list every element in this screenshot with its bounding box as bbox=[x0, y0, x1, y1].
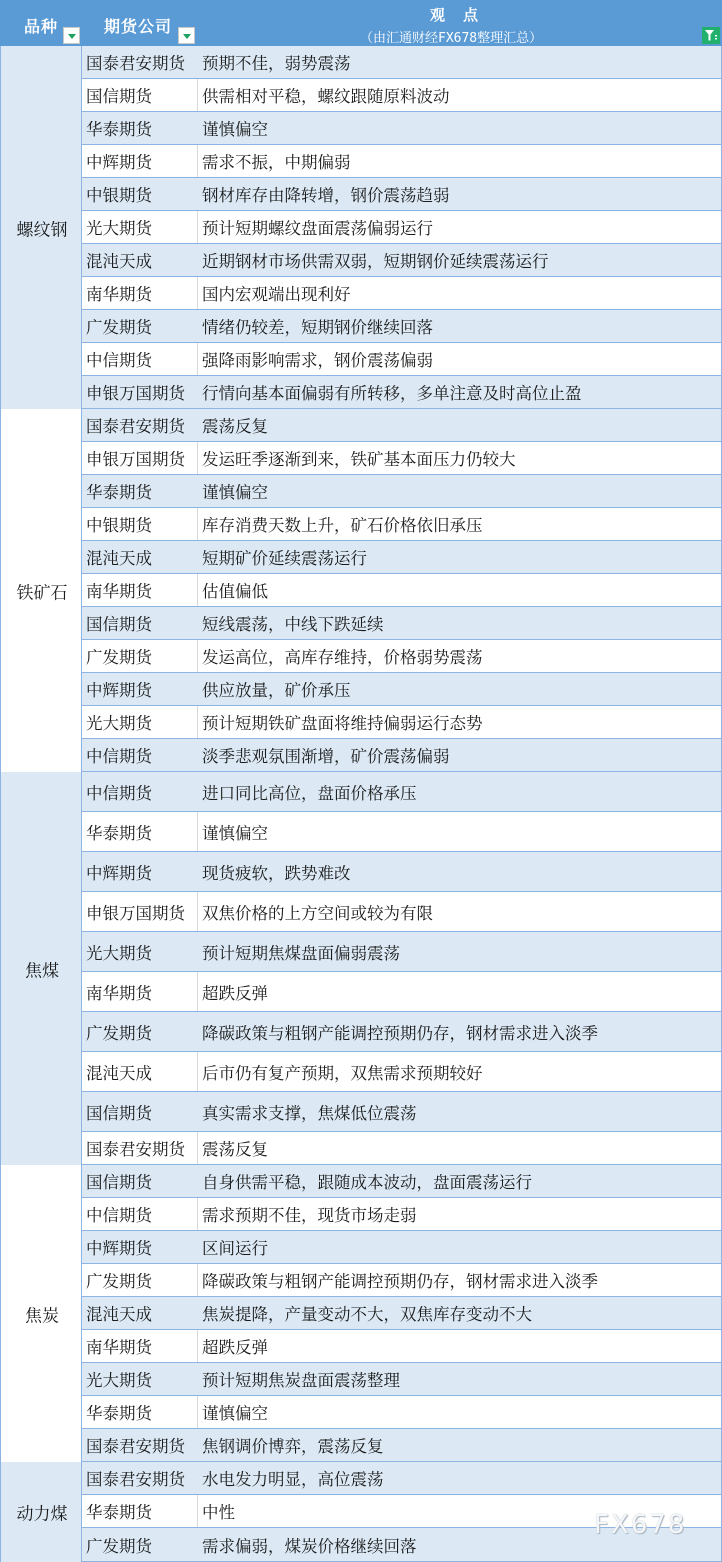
table-row[interactable]: 混沌天成焦炭提降，产量变动不大，双焦库存变动不大 bbox=[82, 1297, 722, 1330]
company-cell: 国泰君安期货 bbox=[82, 46, 198, 78]
table-row[interactable]: 广发期货降碳政策与粗钢产能调控预期仍存，钢材需求进入淡季 bbox=[82, 1012, 722, 1052]
view-cell: 强降雨影响需求，钢价震荡偏弱 bbox=[198, 343, 721, 375]
company-cell: 中银期货 bbox=[82, 508, 198, 540]
company-cell: 华泰期货 bbox=[82, 112, 198, 144]
filter-icon bbox=[704, 29, 718, 42]
view-cell: 超跌反弹 bbox=[198, 972, 721, 1011]
table-row[interactable]: 混沌天成短期矿价延续震荡运行 bbox=[82, 541, 722, 574]
company-cell: 国泰君安期货 bbox=[82, 1132, 198, 1164]
variety-cell[interactable]: 焦炭 bbox=[0, 1165, 82, 1462]
variety-label: 铁矿石 bbox=[1, 578, 83, 603]
table-row[interactable]: 中辉期货区间运行 bbox=[82, 1231, 722, 1264]
table-row[interactable]: 广发期货降碳政策与粗钢产能调控预期仍存，钢材需求进入淡季 bbox=[82, 1264, 722, 1297]
view-cell: 短线震荡，中线下跌延续 bbox=[198, 607, 721, 639]
table-row[interactable]: 光大期货预计短期螺纹盘面震荡偏弱运行 bbox=[82, 211, 722, 244]
view-cell: 估值偏低 bbox=[198, 574, 721, 606]
company-cell: 国泰君安期货 bbox=[82, 409, 198, 441]
variety-group: 焦煤中信期货进口同比高位，盘面价格承压华泰期货谨慎偏空中辉期货现货疲软，跌势难改… bbox=[0, 772, 722, 1165]
table-row[interactable]: 中辉期货现货疲软，跌势难改 bbox=[82, 852, 722, 892]
table-row[interactable]: 广发期货发运高位，高库存维持，价格弱势震荡 bbox=[82, 640, 722, 673]
view-cell: 发运高位，高库存维持，价格弱势震荡 bbox=[198, 640, 721, 672]
company-cell: 国信期货 bbox=[82, 1092, 198, 1131]
variety-cell[interactable]: 动力煤 bbox=[0, 1462, 82, 1562]
company-cell: 中辉期货 bbox=[82, 673, 198, 705]
view-cell: 近期钢材市场供需双弱，短期钢价延续震荡运行 bbox=[198, 244, 721, 276]
table-row[interactable]: 中信期货淡季悲观氛围渐增，矿价震荡偏弱 bbox=[82, 739, 722, 772]
header-view-label: 观点 bbox=[430, 4, 496, 25]
view-cell: 水电发力明显，高位震荡 bbox=[198, 1462, 721, 1494]
chevron-down-icon bbox=[183, 34, 191, 39]
table-row[interactable]: 中信期货强降雨影响需求，钢价震荡偏弱 bbox=[82, 343, 722, 376]
company-cell: 南华期货 bbox=[82, 972, 198, 1011]
company-cell: 国信期货 bbox=[82, 1165, 198, 1197]
table-row[interactable]: 国信期货供需相对平稳，螺纹跟随原料波动 bbox=[82, 79, 722, 112]
table-row[interactable]: 华泰期货谨慎偏空 bbox=[82, 112, 722, 145]
company-cell: 中辉期货 bbox=[82, 1231, 198, 1263]
company-cell: 中辉期货 bbox=[82, 852, 198, 891]
table-row[interactable]: 中辉期货需求不振，中期偏弱 bbox=[82, 145, 722, 178]
view-cell: 预期不佳，弱势震荡 bbox=[198, 46, 721, 78]
table-row[interactable]: 光大期货预计短期焦炭盘面震荡整理 bbox=[82, 1363, 722, 1396]
table-row[interactable]: 混沌天成近期钢材市场供需双弱，短期钢价延续震荡运行 bbox=[82, 244, 722, 277]
view-cell: 进口同比高位，盘面价格承压 bbox=[198, 772, 721, 811]
header-company: 期货公司 bbox=[82, 0, 198, 46]
view-cell: 谨慎偏空 bbox=[198, 112, 721, 144]
company-cell: 广发期货 bbox=[82, 1012, 198, 1051]
view-cell: 真实需求支撑，焦煤低位震荡 bbox=[198, 1092, 721, 1131]
variety-filter-dropdown-button[interactable] bbox=[63, 27, 80, 44]
company-cell: 华泰期货 bbox=[82, 1396, 198, 1428]
company-cell: 光大期货 bbox=[82, 932, 198, 971]
table-row[interactable]: 南华期货国内宏观端出现利好 bbox=[82, 277, 722, 310]
view-cell: 超跌反弹 bbox=[198, 1330, 721, 1362]
variety-group: 铁矿石国泰君安期货震荡反复申银万国期货发运旺季逐渐到来，铁矿基本面压力仍较大华泰… bbox=[0, 409, 722, 772]
header-variety: 品种 bbox=[0, 0, 82, 46]
table-row[interactable]: 国泰君安期货预期不佳，弱势震荡 bbox=[82, 46, 722, 79]
table-row[interactable]: 申银万国期货双焦价格的上方空间或较为有限 bbox=[82, 892, 722, 932]
company-cell: 广发期货 bbox=[82, 640, 198, 672]
variety-cell[interactable]: 螺纹钢 bbox=[0, 46, 82, 409]
company-cell: 南华期货 bbox=[82, 574, 198, 606]
variety-cell[interactable]: 焦煤 bbox=[0, 772, 82, 1165]
company-cell: 广发期货 bbox=[82, 310, 198, 342]
company-cell: 混沌天成 bbox=[82, 244, 198, 276]
table-row[interactable]: 国泰君安期货焦钢调价博弈，震荡反复 bbox=[82, 1429, 722, 1462]
view-cell: 焦炭提降，产量变动不大，双焦库存变动不大 bbox=[198, 1297, 721, 1329]
table-header: 品种 期货公司 观点 （由汇通财经FX678整理汇总） bbox=[0, 0, 722, 46]
view-cell: 现货疲软，跌势难改 bbox=[198, 852, 721, 891]
variety-label: 螺纹钢 bbox=[1, 215, 83, 240]
variety-label: 动力煤 bbox=[1, 1500, 83, 1525]
company-cell: 中信期货 bbox=[82, 739, 198, 771]
view-cell: 预计短期螺纹盘面震荡偏弱运行 bbox=[198, 211, 721, 243]
table-row[interactable]: 华泰期货谨慎偏空 bbox=[82, 812, 722, 852]
view-cell: 谨慎偏空 bbox=[198, 1396, 721, 1428]
table-row[interactable]: 申银万国期货行情向基本面偏弱有所转移，多单注意及时高位止盈 bbox=[82, 376, 722, 409]
company-cell: 华泰期货 bbox=[82, 475, 198, 507]
table-row[interactable]: 国泰君安期货震荡反复 bbox=[82, 1132, 722, 1165]
company-cell: 混沌天成 bbox=[82, 1052, 198, 1091]
header-view-subtitle: （由汇通财经FX678整理汇总） bbox=[360, 27, 542, 46]
company-filter-dropdown-button[interactable] bbox=[178, 27, 195, 44]
company-cell: 国信期货 bbox=[82, 79, 198, 111]
view-cell: 焦钢调价博弈，震荡反复 bbox=[198, 1429, 721, 1461]
variety-label: 焦煤 bbox=[1, 956, 83, 981]
table-row[interactable]: 广发期货情绪仍较差，短期钢价继续回落 bbox=[82, 310, 722, 343]
view-cell: 需求不振，中期偏弱 bbox=[198, 145, 721, 177]
company-cell: 中信期货 bbox=[82, 1198, 198, 1230]
view-cell: 震荡反复 bbox=[198, 1132, 721, 1164]
table-row[interactable]: 国信期货自身供需平稳，跟随成本波动，盘面震荡运行 bbox=[82, 1165, 722, 1198]
table-row[interactable]: 申银万国期货发运旺季逐渐到来，铁矿基本面压力仍较大 bbox=[82, 442, 722, 475]
company-cell: 光大期货 bbox=[82, 211, 198, 243]
view-cell: 发运旺季逐渐到来，铁矿基本面压力仍较大 bbox=[198, 442, 721, 474]
company-cell: 混沌天成 bbox=[82, 1297, 198, 1329]
view-cell: 库存消费天数上升，矿石价格依旧承压 bbox=[198, 508, 721, 540]
table-row[interactable]: 中银期货库存消费天数上升，矿石价格依旧承压 bbox=[82, 508, 722, 541]
company-cell: 中信期货 bbox=[82, 343, 198, 375]
table-row[interactable]: 南华期货超跌反弹 bbox=[82, 972, 722, 1012]
view-cell: 双焦价格的上方空间或较为有限 bbox=[198, 892, 721, 931]
view-cell: 震荡反复 bbox=[198, 409, 721, 441]
company-cell: 国信期货 bbox=[82, 607, 198, 639]
variety-label: 焦炭 bbox=[1, 1301, 83, 1326]
company-cell: 光大期货 bbox=[82, 1363, 198, 1395]
company-cell: 申银万国期货 bbox=[82, 376, 198, 408]
company-cell: 中辉期货 bbox=[82, 145, 198, 177]
company-cell: 国泰君安期货 bbox=[82, 1429, 198, 1461]
table-row[interactable]: 国信期货短线震荡，中线下跌延续 bbox=[82, 607, 722, 640]
table-row[interactable]: 国信期货真实需求支撑，焦煤低位震荡 bbox=[82, 1092, 722, 1132]
view-cell: 降碳政策与粗钢产能调控预期仍存，钢材需求进入淡季 bbox=[198, 1012, 721, 1051]
view-cell: 后市仍有复产预期，双焦需求预期较好 bbox=[198, 1052, 721, 1091]
view-cell: 需求预期不佳，现货市场走弱 bbox=[198, 1198, 721, 1230]
view-cell: 降碳政策与粗钢产能调控预期仍存，钢材需求进入淡季 bbox=[198, 1264, 721, 1296]
view-cell: 预计短期铁矿盘面将维持偏弱运行态势 bbox=[198, 706, 721, 738]
header-variety-label: 品种 bbox=[24, 14, 58, 37]
chevron-down-icon bbox=[68, 34, 76, 39]
view-cell: 国内宏观端出现利好 bbox=[198, 277, 721, 309]
company-cell: 华泰期货 bbox=[82, 812, 198, 851]
company-cell: 中信期货 bbox=[82, 772, 198, 811]
company-cell: 广发期货 bbox=[82, 1264, 198, 1296]
company-cell: 华泰期货 bbox=[82, 1495, 198, 1527]
table-row[interactable]: 中信期货进口同比高位，盘面价格承压 bbox=[82, 772, 722, 812]
view-cell: 供应放量，矿价承压 bbox=[198, 673, 721, 705]
table-row[interactable]: 光大期货预计短期铁矿盘面将维持偏弱运行态势 bbox=[82, 706, 722, 739]
company-cell: 光大期货 bbox=[82, 706, 198, 738]
view-cell: 谨慎偏空 bbox=[198, 812, 721, 851]
company-cell: 申银万国期货 bbox=[82, 442, 198, 474]
view-cell: 自身供需平稳，跟随成本波动，盘面震荡运行 bbox=[198, 1165, 721, 1197]
table-row[interactable]: 中信期货需求预期不佳，现货市场走弱 bbox=[82, 1198, 722, 1231]
table-row[interactable]: 国泰君安期货震荡反复 bbox=[82, 409, 722, 442]
company-cell: 混沌天成 bbox=[82, 541, 198, 573]
table-row[interactable]: 华泰期货谨慎偏空 bbox=[82, 1396, 722, 1429]
company-cell: 南华期货 bbox=[82, 277, 198, 309]
view-cell: 预计短期焦煤盘面偏弱震荡 bbox=[198, 932, 721, 971]
view-cell: 谨慎偏空 bbox=[198, 475, 721, 507]
view-cell: 短期矿价延续震荡运行 bbox=[198, 541, 721, 573]
table-row[interactable]: 中辉期货供应放量，矿价承压 bbox=[82, 673, 722, 706]
table-row[interactable]: 国泰君安期货水电发力明显，高位震荡 bbox=[82, 1462, 722, 1495]
view-cell: 情绪仍较差，短期钢价继续回落 bbox=[198, 310, 721, 342]
company-cell: 国泰君安期货 bbox=[82, 1462, 198, 1494]
company-cell: 南华期货 bbox=[82, 1330, 198, 1362]
variety-group: 焦炭国信期货自身供需平稳，跟随成本波动，盘面震荡运行中信期货需求预期不佳，现货市… bbox=[0, 1165, 722, 1462]
company-cell: 申银万国期货 bbox=[82, 892, 198, 931]
view-cell: 供需相对平稳，螺纹跟随原料波动 bbox=[198, 79, 721, 111]
table-row[interactable]: 光大期货预计短期焦煤盘面偏弱震荡 bbox=[82, 932, 722, 972]
view-cell: 预计短期焦炭盘面震荡整理 bbox=[198, 1363, 721, 1395]
company-cell: 中银期货 bbox=[82, 178, 198, 210]
view-cell: 区间运行 bbox=[198, 1231, 721, 1263]
watermark: FX678 bbox=[594, 1510, 686, 1540]
table-row[interactable]: 混沌天成后市仍有复产预期，双焦需求预期较好 bbox=[82, 1052, 722, 1092]
view-cell: 钢材库存由降转增，钢价震荡趋弱 bbox=[198, 178, 721, 210]
table-row[interactable]: 华泰期货谨慎偏空 bbox=[82, 475, 722, 508]
variety-cell[interactable]: 铁矿石 bbox=[0, 409, 82, 772]
view-filter-button[interactable] bbox=[702, 27, 720, 44]
table-row[interactable]: 南华期货估值偏低 bbox=[82, 574, 722, 607]
view-cell: 行情向基本面偏弱有所转移，多单注意及时高位止盈 bbox=[198, 376, 721, 408]
header-company-label: 期货公司 bbox=[104, 14, 172, 37]
table-row[interactable]: 中银期货钢材库存由降转增，钢价震荡趋弱 bbox=[82, 178, 722, 211]
variety-group: 螺纹钢国泰君安期货预期不佳，弱势震荡国信期货供需相对平稳，螺纹跟随原料波动华泰期… bbox=[0, 46, 722, 409]
table-row[interactable]: 南华期货超跌反弹 bbox=[82, 1330, 722, 1363]
company-cell: 广发期货 bbox=[82, 1528, 198, 1561]
view-cell: 淡季悲观氛围渐增，矿价震荡偏弱 bbox=[198, 739, 721, 771]
header-view: 观点 （由汇通财经FX678整理汇总） bbox=[198, 0, 722, 46]
